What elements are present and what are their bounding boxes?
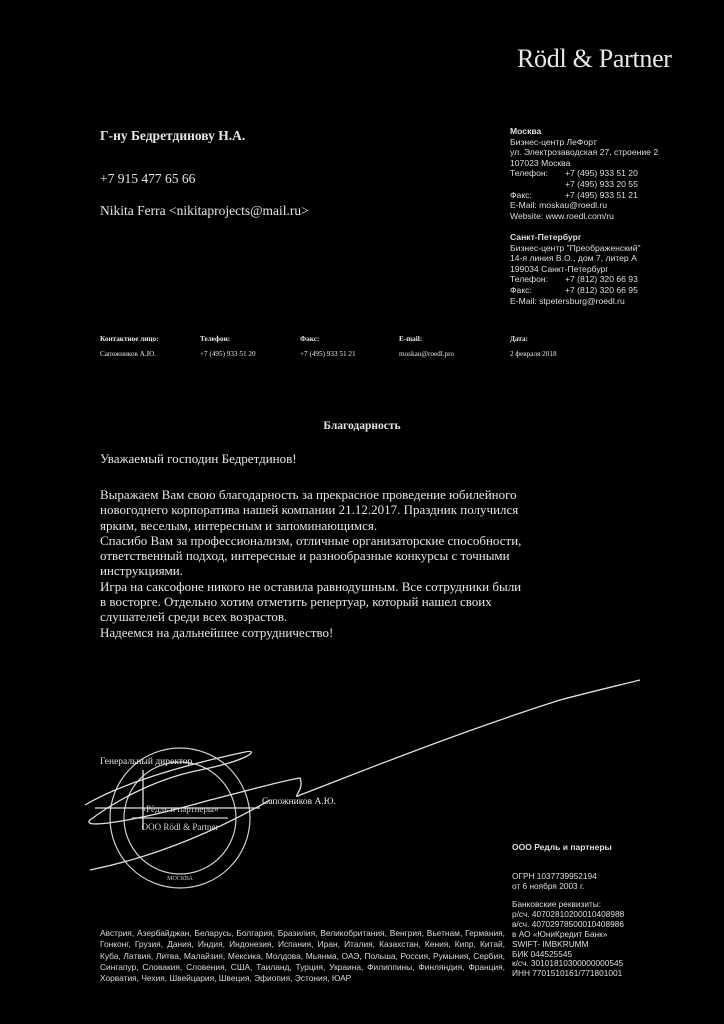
footer-bank-details: Банковские реквизиты: р/сч. 407028102000… [512, 900, 624, 979]
registration-line: от 6 ноября 2003 г. [512, 881, 597, 891]
footer-countries: Австрия, Азербайджан, Беларусь, Болгария… [100, 928, 505, 984]
signer-role: Генеральный директор [100, 757, 192, 767]
footer-registration: ОГРН 1037739952194 от 6 ноября 2003 г. [512, 871, 597, 891]
stamp-text-bottom: ООО Rödl & Partner [142, 822, 219, 832]
stamp-icon [110, 748, 250, 888]
stamp-city: МОСКВА [167, 876, 193, 882]
stamp-text-top: «Рёдль и партнеры» [142, 804, 219, 814]
signature-stamp-graphic: «Рёдль и партнеры» ООО Rödl & Partner МО… [0, 0, 724, 1024]
footer-company: ООО Редль и партнеры [512, 842, 612, 852]
signer-name: Сапожников А.Ю. [262, 797, 336, 807]
bank-line: ИНН 7701510161/771801001 [512, 969, 624, 979]
registration-line: ОГРН 1037739952194 [512, 871, 597, 881]
